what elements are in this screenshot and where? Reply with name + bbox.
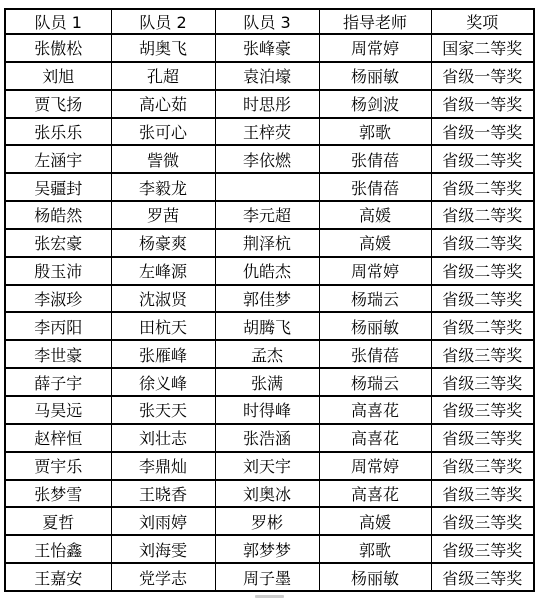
table-row: 夏哲刘雨婷罗彬高媛省级三等奖 xyxy=(5,507,534,535)
table-row: 吴疆封李毅龙张倩蓓省级二等奖 xyxy=(5,173,534,201)
table-row: 李丙阳田杭天胡腾飞杨丽敏省级二等奖 xyxy=(5,312,534,340)
table-row: 张梦雪王晓香刘奥冰高喜花省级三等奖 xyxy=(5,480,534,508)
table-cell: 时得峰 xyxy=(215,396,319,424)
table-row: 贾宇乐李鼎灿刘天宇周常婷省级三等奖 xyxy=(5,452,534,480)
table-cell: 徐义峰 xyxy=(111,368,215,396)
table-cell: 省级二等奖 xyxy=(431,173,534,201)
table-cell: 贾宇乐 xyxy=(5,452,111,480)
table-cell: 周常婷 xyxy=(319,452,431,480)
table-cell: 省级二等奖 xyxy=(431,229,534,257)
table-row: 赵梓恒刘壮志张浩涵高喜花省级三等奖 xyxy=(5,424,534,452)
table-cell: 高媛 xyxy=(319,507,431,535)
table-cell: 省级三等奖 xyxy=(431,480,534,508)
table-cell: 张倩蓓 xyxy=(319,145,431,173)
table-cell: 王怡鑫 xyxy=(5,535,111,563)
column-header: 指导老师 xyxy=(319,9,431,34)
column-header: 奖项 xyxy=(431,9,534,34)
table-cell: 左峰源 xyxy=(111,257,215,285)
table-cell: 高媛 xyxy=(319,201,431,229)
table-row: 张傲松胡奥飞张峰豪周常婷国家二等奖 xyxy=(5,34,534,62)
table-cell: 李世豪 xyxy=(5,340,111,368)
table-cell: 刘奥冰 xyxy=(215,480,319,508)
table-cell: 仇皓杰 xyxy=(215,257,319,285)
table-cell: 省级二等奖 xyxy=(431,285,534,313)
table-cell: 张乐乐 xyxy=(5,118,111,146)
table-cell: 田杭天 xyxy=(111,312,215,340)
table-cell: 刘天宇 xyxy=(215,452,319,480)
table-cell: 夏哲 xyxy=(5,507,111,535)
table-row: 王嘉安党学志周子墨杨丽敏省级三等奖 xyxy=(5,563,534,591)
table-cell: 李毅龙 xyxy=(111,173,215,201)
table-cell: 李鼎灿 xyxy=(111,452,215,480)
table-cell: 省级二等奖 xyxy=(431,201,534,229)
table-cell: 杨丽敏 xyxy=(319,563,431,591)
table-cell: 杨皓然 xyxy=(5,201,111,229)
table-row: 刘旭孔超袁泊壕杨丽敏省级一等奖 xyxy=(5,62,534,90)
table-cell: 李元超 xyxy=(215,201,319,229)
table-cell: 省级三等奖 xyxy=(431,507,534,535)
table-cell: 省级三等奖 xyxy=(431,424,534,452)
table-cell: 吴疆封 xyxy=(5,173,111,201)
table-cell: 李依燃 xyxy=(215,145,319,173)
table-row: 张宏豪杨豪爽荆泽杭高媛省级二等奖 xyxy=(5,229,534,257)
horizontal-scrollbar-thumb[interactable] xyxy=(255,595,284,598)
table-body: 张傲松胡奥飞张峰豪周常婷国家二等奖刘旭孔超袁泊壕杨丽敏省级一等奖贾飞扬高心茹时思… xyxy=(5,34,534,591)
table-row: 李世豪张雁峰孟杰张倩蓓省级三等奖 xyxy=(5,340,534,368)
table-cell: 张浩涵 xyxy=(215,424,319,452)
table-row: 马昊远张天天时得峰高喜花省级三等奖 xyxy=(5,396,534,424)
table-cell: 省级三等奖 xyxy=(431,452,534,480)
table-row: 杨皓然罗茜李元超高媛省级二等奖 xyxy=(5,201,534,229)
table-cell: 殷玉沛 xyxy=(5,257,111,285)
table-row: 贾飞扬高心茹时思彤杨剑波省级一等奖 xyxy=(5,90,534,118)
table-cell: 省级二等奖 xyxy=(431,257,534,285)
table-cell: 王嘉安 xyxy=(5,563,111,591)
table-cell: 高喜花 xyxy=(319,396,431,424)
table-cell: 省级三等奖 xyxy=(431,368,534,396)
table-cell: 孟杰 xyxy=(215,340,319,368)
table-cell: 张可心 xyxy=(111,118,215,146)
table-cell: 张宏豪 xyxy=(5,229,111,257)
table-cell: 郭佳梦 xyxy=(215,285,319,313)
table-cell: 郭歌 xyxy=(319,535,431,563)
table-cell: 杨丽敏 xyxy=(319,62,431,90)
table-cell: 李淑珍 xyxy=(5,285,111,313)
award-results-table: 队员 1队员 2队员 3指导老师奖项 张傲松胡奥飞张峰豪周常婷国家二等奖刘旭孔超… xyxy=(4,8,535,592)
table-cell: 马昊远 xyxy=(5,396,111,424)
table-cell: 赵梓恒 xyxy=(5,424,111,452)
table-cell: 周子墨 xyxy=(215,563,319,591)
table-cell: 王晓香 xyxy=(111,480,215,508)
table-cell: 李丙阳 xyxy=(5,312,111,340)
table-cell: 党学志 xyxy=(111,563,215,591)
table-cell: 杨豪爽 xyxy=(111,229,215,257)
table-cell: 杨瑞云 xyxy=(319,285,431,313)
table-cell: 省级三等奖 xyxy=(431,563,534,591)
table-cell: 胡腾飞 xyxy=(215,312,319,340)
table-cell: 省级二等奖 xyxy=(431,312,534,340)
table-cell: 张倩蓓 xyxy=(319,173,431,201)
table-cell: 荆泽杭 xyxy=(215,229,319,257)
table-cell: 国家二等奖 xyxy=(431,34,534,62)
table-cell: 周常婷 xyxy=(319,34,431,62)
table-cell: 高喜花 xyxy=(319,424,431,452)
table-cell: 省级三等奖 xyxy=(431,535,534,563)
table-cell: 刘海雯 xyxy=(111,535,215,563)
table-cell: 杨剑波 xyxy=(319,90,431,118)
table-row: 殷玉沛左峰源仇皓杰周常婷省级二等奖 xyxy=(5,257,534,285)
table-cell: 王梓荧 xyxy=(215,118,319,146)
table-cell: 省级一等奖 xyxy=(431,90,534,118)
table-row: 左涵宇訾微李依燃张倩蓓省级二等奖 xyxy=(5,145,534,173)
table-cell: 郭歌 xyxy=(319,118,431,146)
table-cell: 省级三等奖 xyxy=(431,340,534,368)
table-row: 王怡鑫刘海雯郭梦梦郭歌省级三等奖 xyxy=(5,535,534,563)
table-cell: 罗彬 xyxy=(215,507,319,535)
table-cell: 张峰豪 xyxy=(215,34,319,62)
table-cell: 张满 xyxy=(215,368,319,396)
column-header: 队员 2 xyxy=(111,9,215,34)
table-cell: 省级一等奖 xyxy=(431,118,534,146)
table-cell: 省级三等奖 xyxy=(431,396,534,424)
column-header: 队员 1 xyxy=(5,9,111,34)
table-cell: 沈淑贤 xyxy=(111,285,215,313)
table-cell: 周常婷 xyxy=(319,257,431,285)
table-cell: 孔超 xyxy=(111,62,215,90)
table-cell: 高喜花 xyxy=(319,480,431,508)
column-header: 队员 3 xyxy=(215,9,319,34)
table-cell: 省级二等奖 xyxy=(431,145,534,173)
table-cell: 时思彤 xyxy=(215,90,319,118)
table-cell: 张倩蓓 xyxy=(319,340,431,368)
table-cell: 杨瑞云 xyxy=(319,368,431,396)
table-cell: 高媛 xyxy=(319,229,431,257)
table-cell: 刘雨婷 xyxy=(111,507,215,535)
table-cell: 胡奥飞 xyxy=(111,34,215,62)
table-cell: 袁泊壕 xyxy=(215,62,319,90)
table-cell: 薛子宇 xyxy=(5,368,111,396)
table-cell: 贾飞扬 xyxy=(5,90,111,118)
table-cell: 刘壮志 xyxy=(111,424,215,452)
table-cell: 郭梦梦 xyxy=(215,535,319,563)
table-row: 薛子宇徐义峰张满杨瑞云省级三等奖 xyxy=(5,368,534,396)
table-header-row: 队员 1队员 2队员 3指导老师奖项 xyxy=(5,9,534,34)
table-cell: 张梦雪 xyxy=(5,480,111,508)
table-cell: 罗茜 xyxy=(111,201,215,229)
table-cell: 杨丽敏 xyxy=(319,312,431,340)
table-cell: 张天天 xyxy=(111,396,215,424)
table-cell: 訾微 xyxy=(111,145,215,173)
table-cell: 省级一等奖 xyxy=(431,62,534,90)
table-cell: 张傲松 xyxy=(5,34,111,62)
table-cell: 张雁峰 xyxy=(111,340,215,368)
table-cell: 刘旭 xyxy=(5,62,111,90)
table-row: 张乐乐张可心王梓荧郭歌省级一等奖 xyxy=(5,118,534,146)
table-row: 李淑珍沈淑贤郭佳梦杨瑞云省级二等奖 xyxy=(5,285,534,313)
table-cell xyxy=(215,173,319,201)
table-cell: 左涵宇 xyxy=(5,145,111,173)
table-cell: 高心茹 xyxy=(111,90,215,118)
